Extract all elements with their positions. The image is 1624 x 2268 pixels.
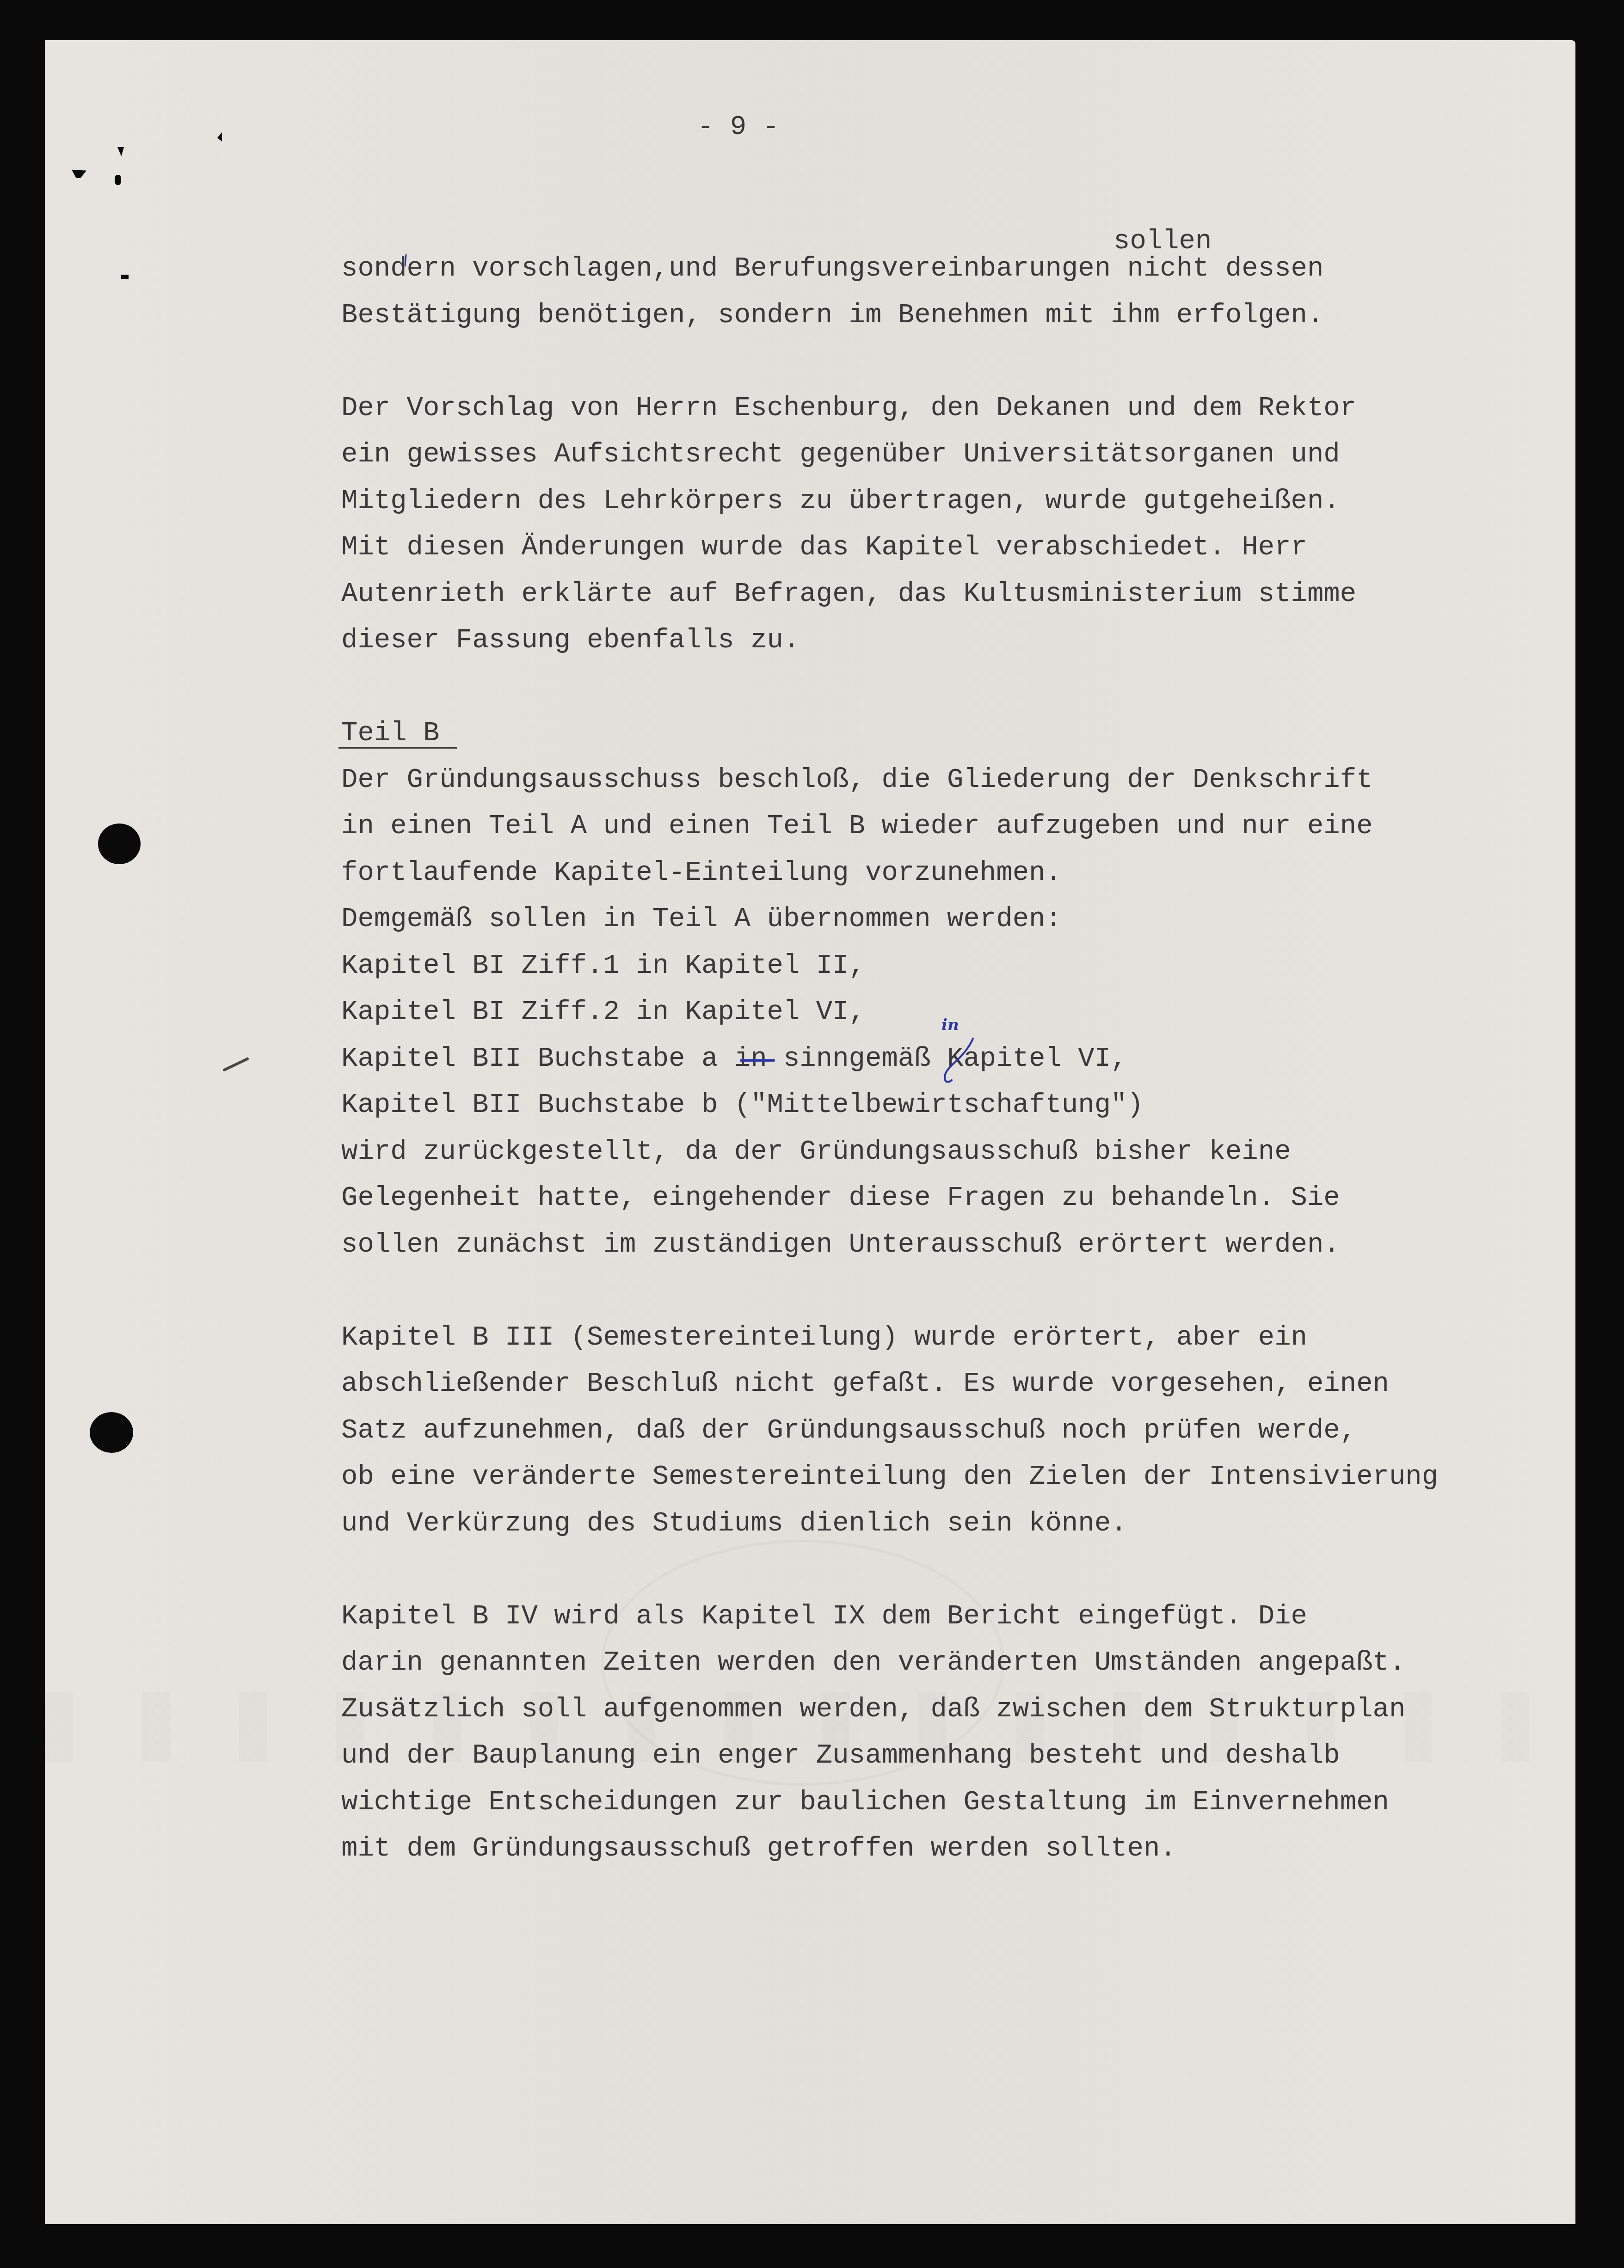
text-line: wichtige Entscheidungen zur baulichen Ge…: [341, 1789, 1389, 1816]
text-line: Kapitel BI Ziff.2 in Kapitel VI,: [341, 998, 865, 1026]
text-line: sondern vorschlagen,und Berufungsvereinb…: [341, 255, 1323, 282]
punch-hole-icon: [90, 1412, 133, 1453]
staple-hole-mark: [115, 175, 121, 185]
text-line: Kapitel BII Buchstabe b ("Mittelbewirtsc…: [341, 1091, 1144, 1119]
paper-sheet: [45, 40, 1575, 2224]
text-line: ein gewisses Aufsichtsrecht gegenüber Un…: [341, 441, 1340, 468]
text-line: fortlaufende Kapitel-Einteilung vorzuneh…: [341, 859, 1062, 886]
text-line: Zusätzlich soll aufgenommen werden, daß …: [341, 1696, 1405, 1723]
text-line: Mit diesen Änderungen wurde das Kapitel …: [341, 534, 1307, 561]
text-line: mit dem Gründungsausschuß getroffen werd…: [341, 1835, 1176, 1862]
section-heading: Teil B: [341, 719, 439, 747]
text-line: Gelegenheit hatte, eingehender diese Fra…: [341, 1184, 1340, 1211]
text-line: Satz aufzunehmen, daß der Gründungsaussc…: [341, 1417, 1356, 1444]
text-line: wird zurückgestellt, da der Gründungsaus…: [341, 1138, 1291, 1165]
text-line: Kapitel B III (Semestereinteilung) wurde…: [341, 1324, 1307, 1351]
text-line: Kapitel BI Ziff.1 in Kapitel II,: [341, 952, 865, 979]
text-line: und Verkürzung des Studiums dienlich sei…: [341, 1510, 1127, 1537]
text-line: Kapitel BII Buchstabe a in sinngemäß Kap…: [341, 1045, 1127, 1072]
text-line: Bestätigung benötigen, sondern im Benehm…: [341, 301, 1323, 329]
text-line: in einen Teil A und einen Teil B wieder …: [341, 812, 1373, 840]
heading-underline: [338, 747, 457, 749]
text-line: Mitgliedern des Lehrkörpers zu übertrage…: [341, 487, 1340, 515]
page-number: - 9 -: [697, 113, 779, 141]
text-line: Demgemäß sollen in Teil A übernommen wer…: [341, 905, 1062, 933]
text-line: Der Gründungsausschuss beschloß, die Gli…: [341, 766, 1373, 793]
text-line: Der Vorschlag von Herrn Eschenburg, den …: [341, 394, 1356, 422]
punch-hole-icon: [98, 824, 141, 864]
text-line: ob eine veränderte Semestereinteilung de…: [341, 1463, 1438, 1490]
text-line: und der Bauplanung ein enger Zusammenhan…: [341, 1742, 1340, 1769]
text-line: sollen zunächst im zuständigen Unterauss…: [341, 1231, 1340, 1258]
staple-hole-mark: [121, 275, 129, 279]
text-line: darin genannten Zeiten werden den veränd…: [341, 1649, 1405, 1676]
handwritten-strikethrough: [740, 1059, 775, 1062]
handwritten-insert: in: [941, 1017, 959, 1033]
interlinear-insertion: sollen: [1113, 227, 1212, 255]
text-line: abschließender Beschluß nicht gefaßt. Es…: [341, 1370, 1389, 1397]
text-line: Kapitel B IV wird als Kapitel IX dem Ber…: [341, 1603, 1307, 1630]
text-line: dieser Fassung ebenfalls zu.: [341, 627, 800, 654]
text-line: Autenrieth erklärte auf Befragen, das Ku…: [341, 580, 1356, 608]
